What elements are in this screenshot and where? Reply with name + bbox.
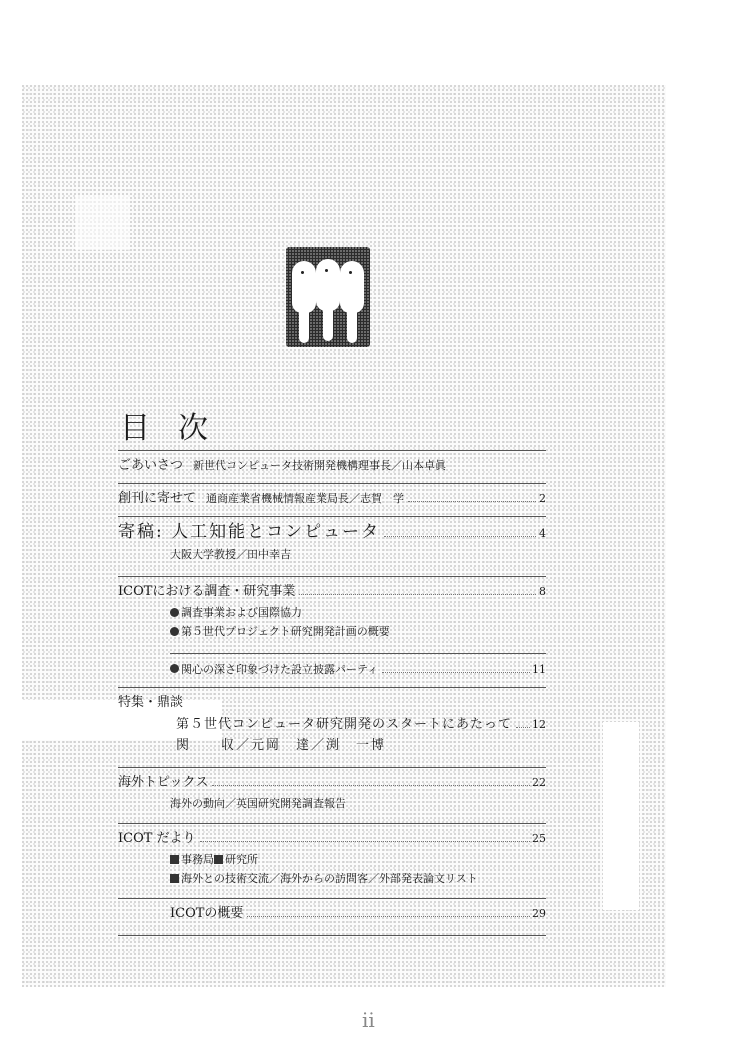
leader-dots [384,536,536,537]
entry-title: 特集・鼎談 [118,692,183,714]
toc-entry-inaugural[interactable]: 創刊に寄せて 通商産業省機械情報産業局長／志賀 学 2 [118,484,546,516]
sub-item: 海外の動向／英国研究開発調査報告 [118,794,546,813]
entry-title: ICOTにおける調査・研究事業 [118,581,295,603]
toc-entry-party[interactable]: 関心の深さ印象づけた設立披露パーティ 11 [118,654,546,687]
leader-dots [408,501,536,502]
page-number: 29 [532,903,546,925]
square-bullet-icon [170,855,179,864]
toc-entry-feature[interactable]: 特集・鼎談 第５世代コンピュータ研究開発のスタートにあたって 12 関 収／元岡… [118,688,546,761]
bird-icon [340,261,364,313]
leader-dots [200,841,530,842]
bullet-icon [170,608,179,617]
page-number: 11 [532,659,546,681]
toc-title: 目次 [120,412,546,446]
divider [118,935,546,936]
entry-title: 関心の深さ印象づけた設立披露パーティ [181,659,378,681]
toc-entry-icot-research[interactable]: ICOTにおける調査・研究事業 8 調査事業および国際協力 第５世代プロジェクト… [118,577,546,647]
page-number: 2 [538,488,546,510]
watermark-cutout [603,722,639,910]
bird-icon [292,261,316,313]
sub-item: 第５世代プロジェクト研究開発計画の概要 [181,625,390,638]
page-number: 22 [532,772,546,794]
bullet-icon [170,664,179,673]
sub-item: 事務局 [181,853,214,866]
toc-entry-overseas-topics[interactable]: 海外トピックス 22 海外の動向／英国研究開発調査報告 [118,768,546,819]
footer-page-number: ii [362,1008,375,1032]
entry-author: 新世代コンピュータ技術開発機構理事長／山本卓眞 [193,455,446,477]
table-of-contents: 目次 ごあいさつ 新世代コンピュータ技術開発機構理事長／山本卓眞 創刊に寄せて … [118,412,546,936]
entry-title: 創刊に寄せて [118,488,196,510]
toc-entry-icot-overview[interactable]: ICOTの概要 29 [118,899,546,931]
entry-title: ICOT だより [118,828,196,850]
leader-dots [212,785,530,786]
entry-author: 大阪大学教授／田中幸吉 [118,545,546,564]
page-number: 8 [538,581,546,603]
entry-title: 寄稿: 人工知能とコンピュータ [118,521,380,543]
leader-dots [516,727,530,728]
entry-authors: 関 収／元岡 達／渕 一博 [118,736,546,755]
toc-entry-greeting[interactable]: ごあいさつ 新世代コンピュータ技術開発機構理事長／山本卓眞 [118,451,546,483]
square-bullet-icon [170,874,179,883]
sub-item: 海外との技術交流／海外からの訪問客／外部発表論文リスト [181,872,478,885]
leader-dots [247,916,530,917]
toc-entry-contribution[interactable]: 寄稿: 人工知能とコンピュータ 4 大阪大学教授／田中幸吉 [118,517,546,570]
watermark-cutout [75,195,130,250]
square-bullet-icon [214,855,223,864]
feature-title: 第５世代コンピュータ研究開発のスタートにあたって [176,714,512,736]
three-birds-emblem [286,247,370,347]
entry-title: ごあいさつ [118,455,183,477]
leader-dots [382,672,530,673]
leader-dots [299,594,536,595]
bullet-icon [170,627,179,636]
page-number: 4 [538,523,546,545]
bird-icon [316,259,340,311]
entry-title: 海外トピックス [118,772,208,794]
sub-item: 研究所 [225,853,258,866]
toc-entry-icot-news[interactable]: ICOT だより 25 事務局研究所 海外との技術交流／海外からの訪問客／外部発… [118,824,546,894]
entry-title: ICOTの概要 [170,903,243,925]
page-number: 12 [532,714,546,736]
entry-author: 通商産業省機械情報産業局長／志賀 学 [206,488,404,510]
page-number: 25 [532,828,546,850]
sub-item: 調査事業および国際協力 [181,606,302,619]
